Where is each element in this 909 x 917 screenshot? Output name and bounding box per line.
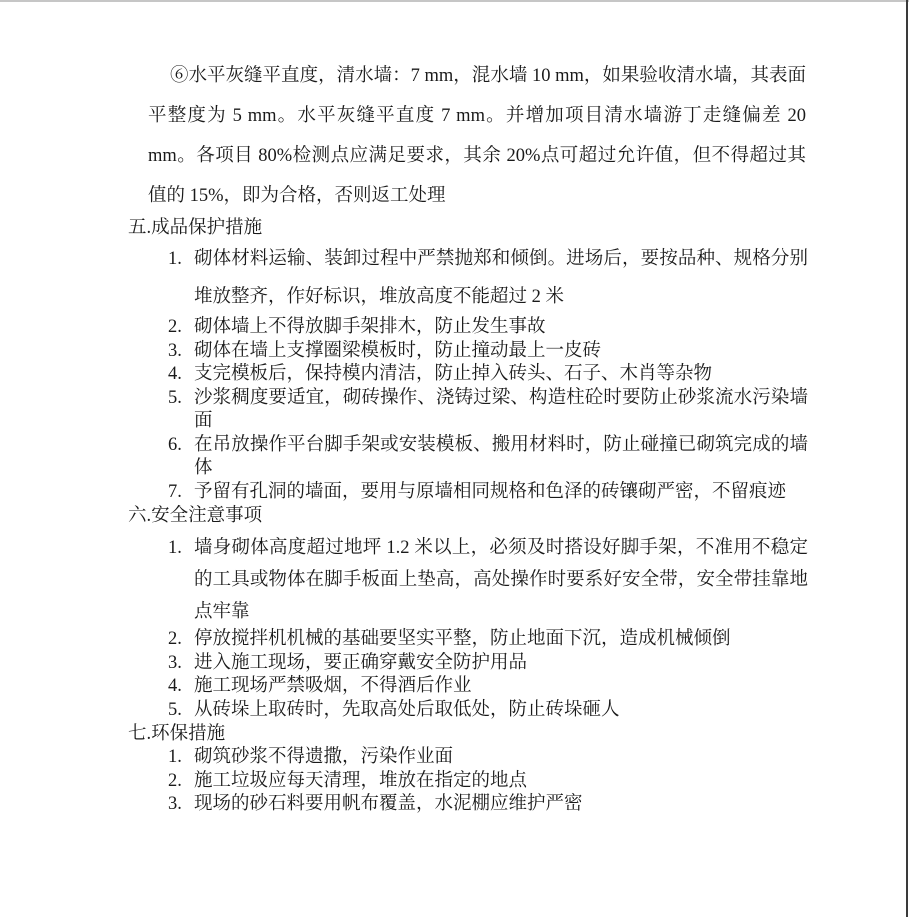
- list-item: 4. 施工现场严禁吸烟，不得酒后作业: [168, 675, 808, 699]
- list-item-number: 1.: [168, 532, 194, 628]
- list-item: 4. 支完模板后，保持模内清洁，防止掉入砖头、石子、木肖等杂物: [168, 363, 808, 387]
- section-safety-notes: 六.安全注意事项 1. 墙身砌体高度超过地坪 1.2 米以上，必须及时搭设好脚手…: [128, 504, 808, 722]
- list-item-text: 从砖垛上取砖时，先取高处后取低处，防止砖垛砸人: [194, 699, 808, 723]
- section-environment: 七.环保措施 1. 砌筑砂浆不得遗撒，污染作业面 2. 施工垃圾应每天清理，堆放…: [128, 722, 808, 817]
- list-item: 7. 予留有孔洞的墙面，要用与原墙相同规格和色泽的砖镶砌严密，不留痕迹: [168, 481, 808, 505]
- list-item-number: 4.: [168, 675, 194, 699]
- list-item: 1. 砌筑砂浆不得遗撒，污染作业面: [168, 746, 808, 770]
- list-item-text: 现场的砂石料要用帆布覆盖，水泥棚应维护严密: [194, 793, 808, 817]
- document-content: ⑥水平灰缝平直度，清水墙：7 mm，混水墙 10 mm，如果验收清水墙，其表面平…: [128, 56, 808, 817]
- list-item-number: 3.: [168, 793, 194, 817]
- list-item: 2. 施工垃圾应每天清理，堆放在指定的地点: [168, 770, 808, 794]
- list-item: 1. 砌体材料运输、装卸过程中严禁抛郑和倾倒。进场后，要按品种、规格分别堆放整齐…: [168, 240, 808, 316]
- list-item-text: 砌体材料运输、装卸过程中严禁抛郑和倾倒。进场后，要按品种、规格分别堆放整齐，作好…: [194, 240, 808, 316]
- list-item-number: 5.: [168, 387, 194, 434]
- list-item-text: 砌筑砂浆不得遗撒，污染作业面: [194, 746, 808, 770]
- list-item-number: 2.: [168, 770, 194, 794]
- list-item: 2. 停放搅拌机机械的基础要坚实平整，防止地面下沉，造成机械倾倒: [168, 628, 808, 652]
- list-item: 5. 沙浆稠度要适宜，砌砖操作、浇铸过梁、构造柱砼时要防止砂浆流水污染墙面: [168, 387, 808, 434]
- section-title: 六.安全注意事项: [128, 504, 808, 528]
- list-item: 5. 从砖垛上取砖时，先取高处后取低处，防止砖垛砸人: [168, 699, 808, 723]
- document-page: ⑥水平灰缝平直度，清水墙：7 mm，混水墙 10 mm，如果验收清水墙，其表面平…: [0, 0, 909, 917]
- list-item-text: 墙身砌体高度超过地坪 1.2 米以上，必须及时搭设好脚手架，不准用不稳定的工具或…: [194, 532, 808, 628]
- list-item-number: 2.: [168, 316, 194, 340]
- list-item: 6. 在吊放操作平台脚手架或安装模板、搬用材料时，防止碰撞已砌筑完成的墙体: [168, 434, 808, 481]
- section-title: 五.成品保护措施: [128, 216, 808, 240]
- list-item-number: 1.: [168, 746, 194, 770]
- list-item-text: 砌体在墙上支撑圈梁模板时，防止撞动最上一皮砖: [194, 340, 808, 364]
- list-item-text: 停放搅拌机机械的基础要坚实平整，防止地面下沉，造成机械倾倒: [194, 628, 808, 652]
- list-item-text: 进入施工现场，要正确穿戴安全防护用品: [194, 652, 808, 676]
- list-item-number: 1.: [168, 240, 194, 316]
- list-item-text: 在吊放操作平台脚手架或安装模板、搬用材料时，防止碰撞已砌筑完成的墙体: [194, 434, 808, 481]
- list-item-number: 3.: [168, 340, 194, 364]
- list-item-number: 4.: [168, 363, 194, 387]
- list-item-text: 沙浆稠度要适宜，砌砖操作、浇铸过梁、构造柱砼时要防止砂浆流水污染墙面: [194, 387, 808, 434]
- list-item: 3. 进入施工现场，要正确穿戴安全防护用品: [168, 652, 808, 676]
- list-item-number: 7.: [168, 481, 194, 505]
- page-right-rule: [906, 0, 908, 917]
- intro-paragraph-grout-tolerance: ⑥水平灰缝平直度，清水墙：7 mm，混水墙 10 mm，如果验收清水墙，其表面平…: [148, 56, 806, 216]
- list-item-number: 6.: [168, 434, 194, 481]
- list-item-text: 砌体墙上不得放脚手架排木，防止发生事故: [194, 316, 808, 340]
- list-item: 2. 砌体墙上不得放脚手架排木，防止发生事故: [168, 316, 808, 340]
- list-item-text: 施工垃圾应每天清理，堆放在指定的地点: [194, 770, 808, 794]
- section-title: 七.环保措施: [128, 722, 808, 746]
- list-item: 3. 砌体在墙上支撑圈梁模板时，防止撞动最上一皮砖: [168, 340, 808, 364]
- list-item-number: 2.: [168, 628, 194, 652]
- list-item: 1. 墙身砌体高度超过地坪 1.2 米以上，必须及时搭设好脚手架，不准用不稳定的…: [168, 532, 808, 628]
- list-item-text: 支完模板后，保持模内清洁，防止掉入砖头、石子、木肖等杂物: [194, 363, 808, 387]
- section-product-protection: 五.成品保护措施 1. 砌体材料运输、装卸过程中严禁抛郑和倾倒。进场后，要按品种…: [128, 216, 808, 504]
- list-item-number: 3.: [168, 652, 194, 676]
- list-item-text: 予留有孔洞的墙面，要用与原墙相同规格和色泽的砖镶砌严密，不留痕迹: [194, 481, 808, 505]
- page-top-rule: [0, 0, 909, 2]
- list-item-text: 施工现场严禁吸烟，不得酒后作业: [194, 675, 808, 699]
- list-item: 3. 现场的砂石料要用帆布覆盖，水泥棚应维护严密: [168, 793, 808, 817]
- list-item-number: 5.: [168, 699, 194, 723]
